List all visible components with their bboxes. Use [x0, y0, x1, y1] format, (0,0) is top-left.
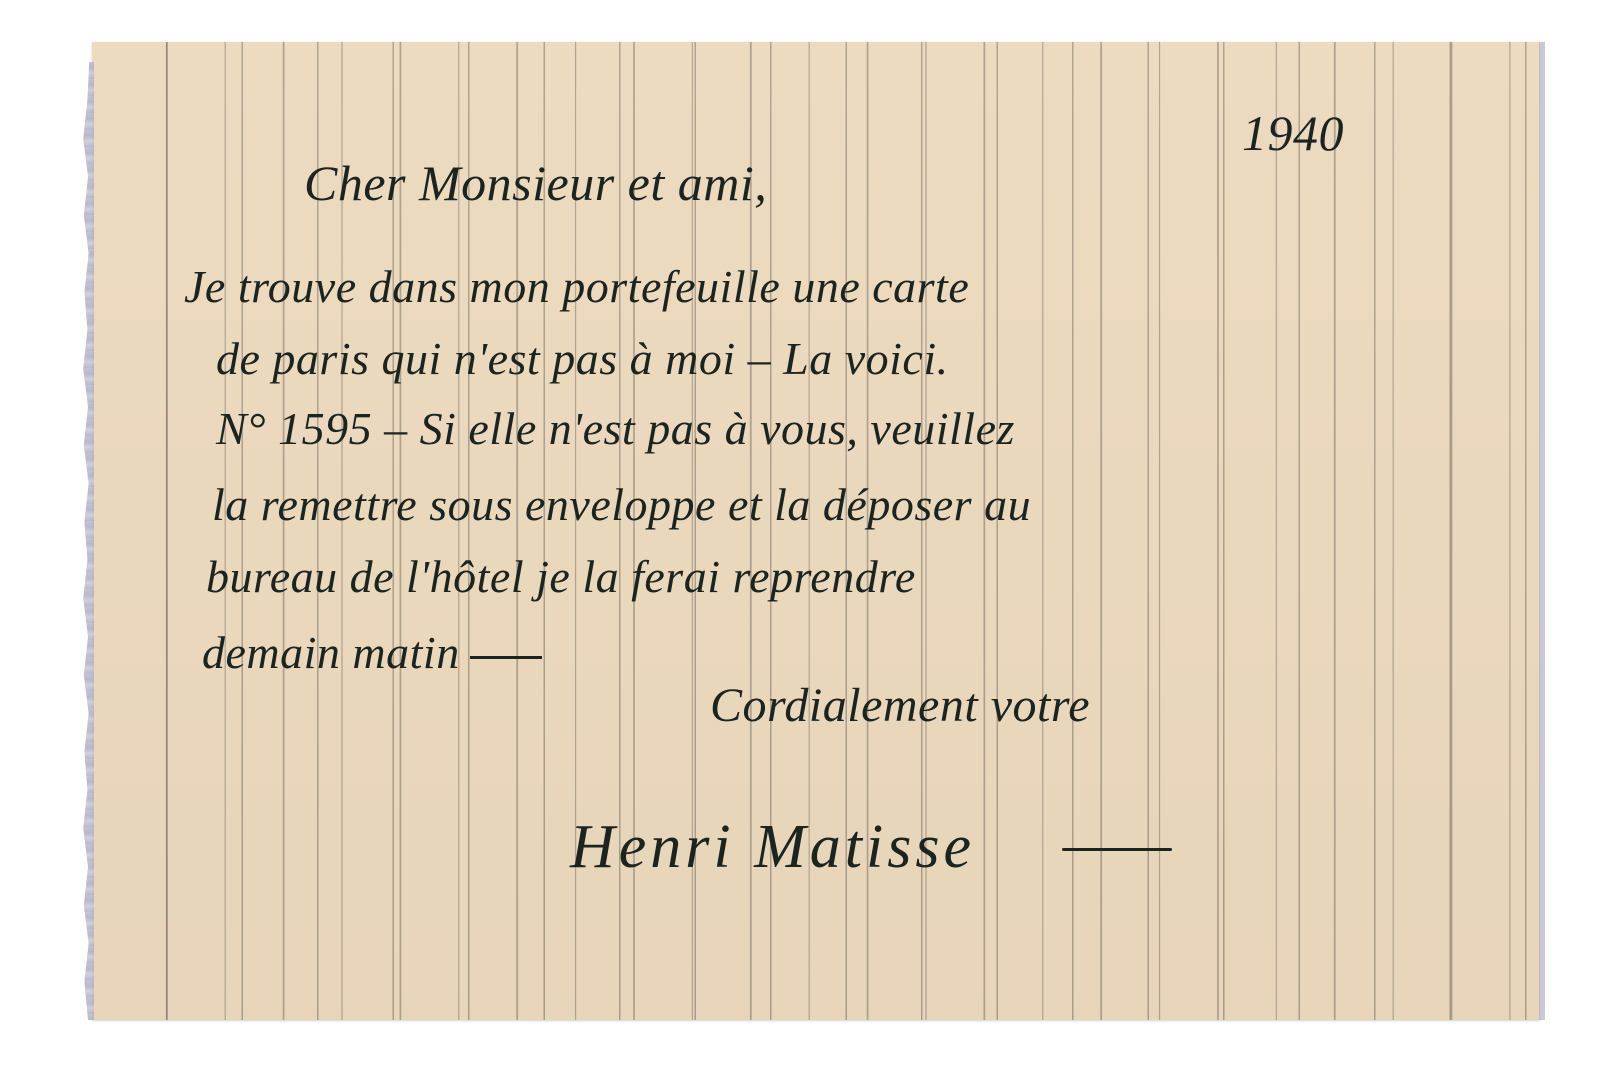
letter-date: 1940	[1242, 104, 1344, 162]
letter-signature: Henri Matisse	[570, 812, 975, 883]
body-line-6-text: demain matin	[202, 627, 460, 678]
signature-flourish	[1062, 848, 1172, 851]
torn-edge-left	[82, 62, 94, 1020]
letter-closing: Cordialement votre	[710, 678, 1090, 733]
body-line-3: N° 1595 – Si elle n'est pas à vous, veui…	[216, 402, 1015, 455]
body-line-2: de paris qui n'est pas à moi – La voici.	[216, 332, 949, 385]
letter-paper: 1940 Cher Monsieur et ami, Je trouve dan…	[92, 42, 1540, 1020]
body-line-5: bureau de l'hôtel je la ferai reprendre	[206, 550, 916, 603]
body-line-1: Je trouve dans mon portefeuille une cart…	[184, 260, 969, 313]
closing-dash	[470, 656, 542, 659]
body-line-4: la remettre sous enveloppe et la déposer…	[212, 478, 1031, 531]
letter-salutation: Cher Monsieur et ami,	[304, 154, 767, 212]
paper-edge-right	[1539, 42, 1545, 1020]
body-line-6: demain matin	[202, 626, 542, 679]
